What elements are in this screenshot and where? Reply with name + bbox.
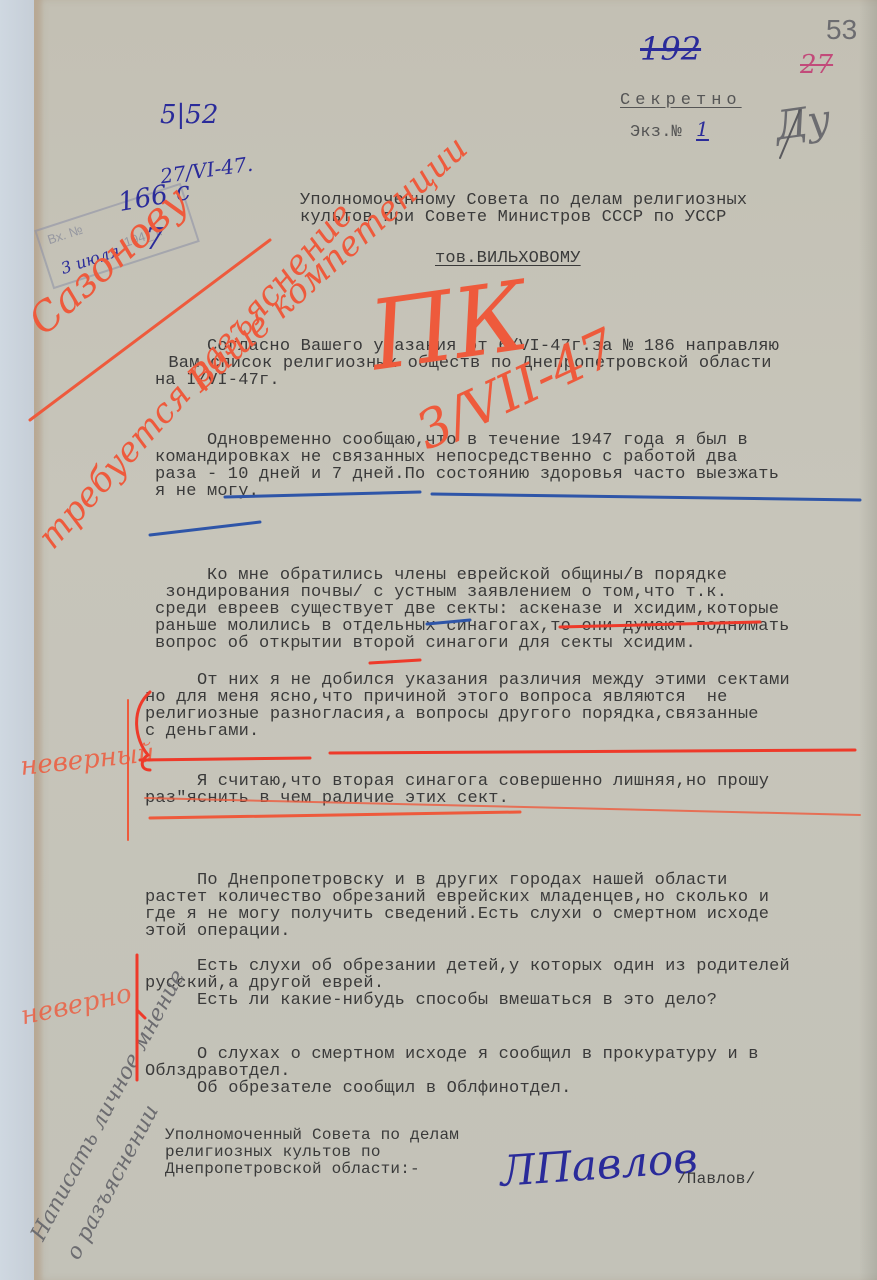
background-surface (0, 0, 34, 1280)
paragraph-3-line: вопрос об открытии второй синагоги для с… (155, 635, 696, 653)
paragraph-6-line: этой операции. (145, 923, 291, 941)
signature-title-line-1: Уполномоченный Совета по делам (165, 1126, 459, 1144)
paragraph-8-line: Об обрезателе сообщил в Облфинотдел. (145, 1080, 571, 1098)
paragraph-2-line: я не могу. (155, 483, 259, 501)
page-number: 53 (826, 14, 857, 46)
copy-label: Экз.№1 (630, 120, 723, 142)
copy-number: 1 (682, 117, 723, 141)
signatory-name: /Павлов/ (677, 1170, 755, 1188)
stamp-label: Вх. № (46, 222, 85, 247)
paper-edge (34, 0, 44, 1280)
pencil-initials: Ду (772, 96, 834, 149)
registration-number: 5|52 (160, 100, 218, 130)
signature-title-line-3: Днепропетровской области:- (165, 1160, 420, 1178)
paragraph-5-line: раз"яснить в чем раличие этих сект. (145, 790, 509, 808)
crossed-number-red: 27 (800, 50, 833, 80)
page-shadow (859, 0, 877, 1280)
crossed-number-blue: 192 (640, 30, 701, 68)
signature-title-line-2: религиозных культов по (165, 1143, 381, 1161)
copy-label-text: Экз.№ (630, 123, 682, 142)
paragraph-4-line: с деньгами. (145, 723, 259, 741)
secret-label: Секретно (620, 92, 742, 110)
